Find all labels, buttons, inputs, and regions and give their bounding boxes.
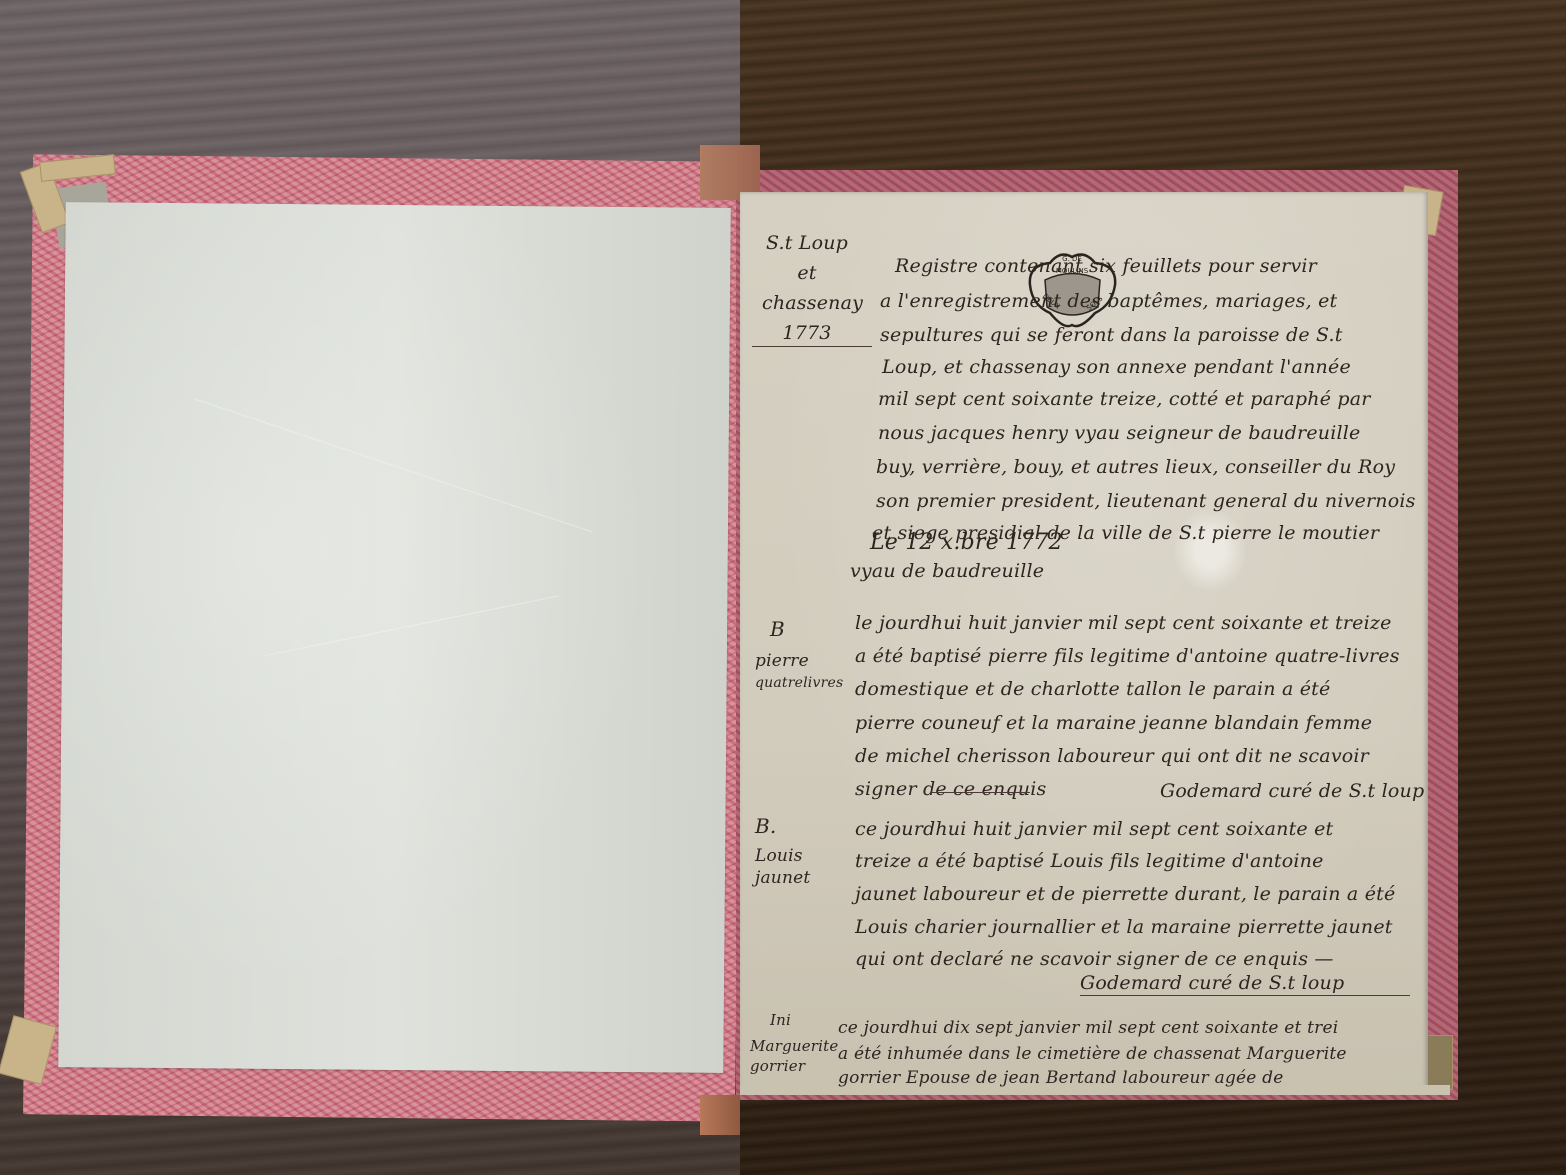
entry-rule (930, 792, 1030, 793)
heading-rule (752, 346, 872, 347)
preamble-line: mil sept cent soixante treize, cotté et … (878, 388, 1371, 410)
margin-name: jaunet (755, 867, 855, 889)
entry-line: treize a été baptisé Louis fils legitime… (855, 850, 1324, 872)
margin-name: gorrier (750, 1056, 840, 1076)
paper-crease (265, 595, 559, 656)
entry-line: jaunet laboureur et de pierrette durant,… (855, 883, 1395, 905)
spine-leather-bottom (700, 1095, 740, 1135)
entry-margin: B pierre quatrelivres (755, 618, 855, 694)
entry-line: ce jourdhui dix sept janvier mil sept ce… (838, 1018, 1338, 1038)
entry-rule (1080, 995, 1410, 996)
entry-line: le jourdhui huit janvier mil sept cent s… (855, 612, 1392, 634)
entry-line: a été baptisé pierre fils legitime d'ant… (855, 645, 1400, 667)
entry-line: a été inhumée dans le cimetière de chass… (838, 1044, 1347, 1064)
margin-name: pierre (755, 650, 855, 672)
margin-name: quatrelivres (755, 672, 855, 694)
margin-heading-parish: S.t Loup (762, 228, 852, 258)
preamble-line: Registre contenant six feuillets pour se… (895, 255, 1317, 277)
entry-line: qui ont declaré ne scavoir signer de ce … (855, 948, 1334, 970)
preamble-signature: vyau de baudreuille (850, 560, 1044, 582)
blank-flyleaf-page (58, 202, 731, 1073)
baptism-mark: B. (755, 815, 855, 837)
margin-name: Marguerite (750, 1036, 840, 1056)
entry-margin: B. Louis jaunet (755, 815, 855, 889)
baptism-mark: B (755, 618, 855, 640)
entry-line: ce jourdhui huit janvier mil sept cent s… (855, 818, 1333, 840)
preamble-line: son premier president, lieutenant genera… (876, 490, 1416, 512)
preamble-date: Le 12 x.bre 1772 (870, 530, 1063, 555)
paper-crease (194, 398, 593, 532)
preamble-line: a l'enregistrement des baptêmes, mariage… (880, 290, 1337, 312)
entry-line: Louis charier journallier et la maraine … (855, 916, 1393, 938)
entry-margin: Ini Marguerite gorrier (750, 1010, 840, 1076)
preamble-line: buy, verrière, bouy, et autres lieux, co… (876, 456, 1395, 478)
preamble-line: nous jacques henry vyau seigneur de baud… (878, 422, 1361, 444)
preamble-line: Loup, et chassenay son annexe pendant l'… (882, 356, 1351, 378)
margin-name: Louis (755, 845, 855, 867)
margin-heading-year: 1773 (762, 318, 852, 348)
margin-heading-et: et (762, 258, 852, 288)
entry-line: de michel cherisson laboureur qui ont di… (855, 745, 1369, 767)
entry-signature: Godemard curé de S.t loup (1080, 972, 1344, 994)
entry-line: signer de ce enquis (855, 778, 1046, 800)
entry-line: pierre couneuf et la maraine jeanne blan… (855, 712, 1372, 734)
preamble-line: sepultures qui se feront dans la paroiss… (880, 324, 1343, 346)
margin-heading-annex: chassenay (762, 288, 852, 318)
margin-heading: S.t Loup et chassenay 1773 (762, 228, 852, 348)
burial-mark: Ini (750, 1010, 840, 1030)
entry-line: domestique et de charlotte tallon le par… (855, 678, 1330, 700)
entry-signature: Godemard curé de S.t loup (1160, 780, 1424, 802)
entry-line: gorrier Epouse de jean Bertand laboureur… (838, 1068, 1284, 1088)
